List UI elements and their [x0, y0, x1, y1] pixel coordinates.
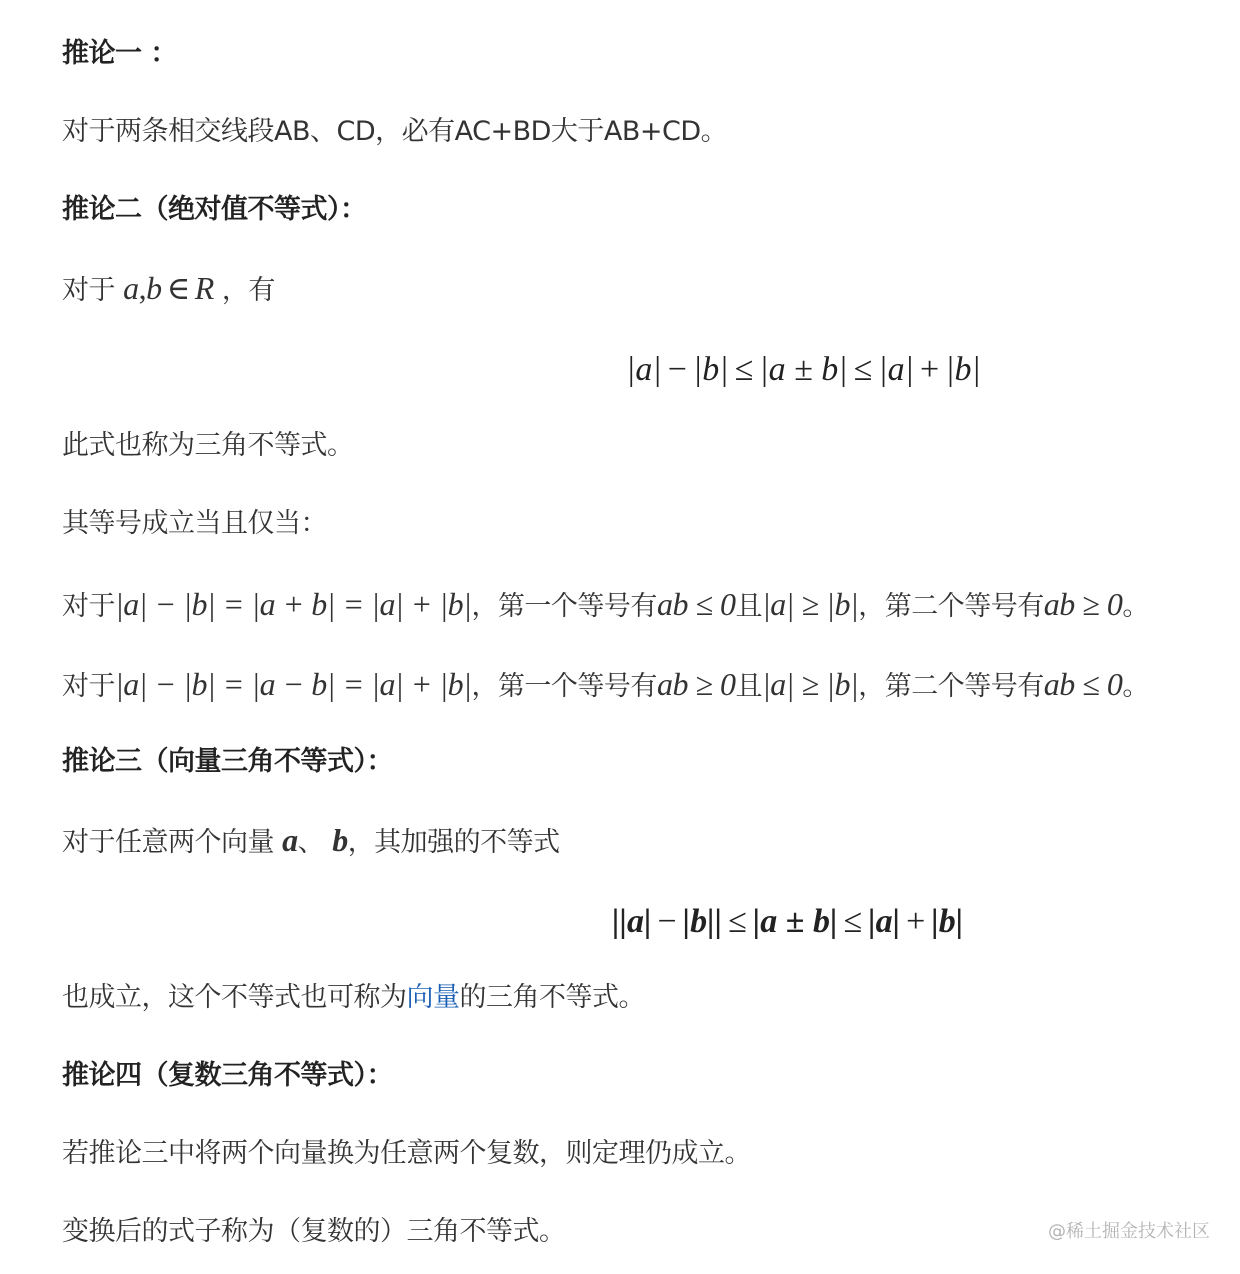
absolute-value-inequality-formula: |a|−|b|≤|a ± b|≤|a|+|b|	[626, 350, 981, 390]
triangle-inequality-note: 此式也称为三角不等式。	[62, 428, 354, 464]
corollary-2-intro: 对于 a,b∈R ，有	[62, 270, 275, 309]
equality-condition-intro: 其等号成立当且仅当：	[62, 506, 327, 542]
intro-math: a,b∈R	[123, 270, 214, 306]
corollary-4-text-1: 若推论三中将两个向量换为任意两个复数，则定理仍成立。	[62, 1136, 751, 1172]
vector-triangle-inequality-formula: ||a|−|b||≤|a ± b|≤|a|+|b|	[612, 902, 963, 942]
watermark: @稀土掘金技术社区	[1048, 1220, 1210, 1244]
corollary-2-heading: 推论二（绝对值不等式）：	[62, 192, 367, 228]
corollary-3-conclusion: 也成立，这个不等式也可称为向量的三角不等式。	[62, 980, 645, 1016]
corollary-4-text-2: 变换后的式子称为（复数的）三角不等式。	[62, 1214, 566, 1250]
intro-prefix: 对于	[62, 275, 115, 306]
corollary-1-heading: 推论一 ：	[62, 36, 177, 72]
equality-condition-1: 对于|a| − |b| = |a + b| = |a| + |b|，第一个等号有…	[62, 586, 1149, 625]
corollary-4-heading: 推论四（复数三角不等式）：	[62, 1058, 393, 1094]
equality-condition-2: 对于|a| − |b| = |a − b| = |a| + |b|，第一个等号有…	[62, 666, 1149, 705]
intro-suffix: ，有	[222, 275, 275, 306]
corollary-3-heading: 推论三（向量三角不等式）：	[62, 744, 393, 780]
corollary-3-intro: 对于任意两个向量 a、 b，其加强的不等式	[62, 822, 560, 861]
vector-a: a	[282, 822, 298, 858]
vector-b: b	[332, 822, 348, 858]
corollary-1-text: 对于两条相交线段AB、CD，必有AC+BD大于AB+CD。	[62, 114, 727, 150]
vector-link[interactable]: 向量	[407, 982, 460, 1013]
